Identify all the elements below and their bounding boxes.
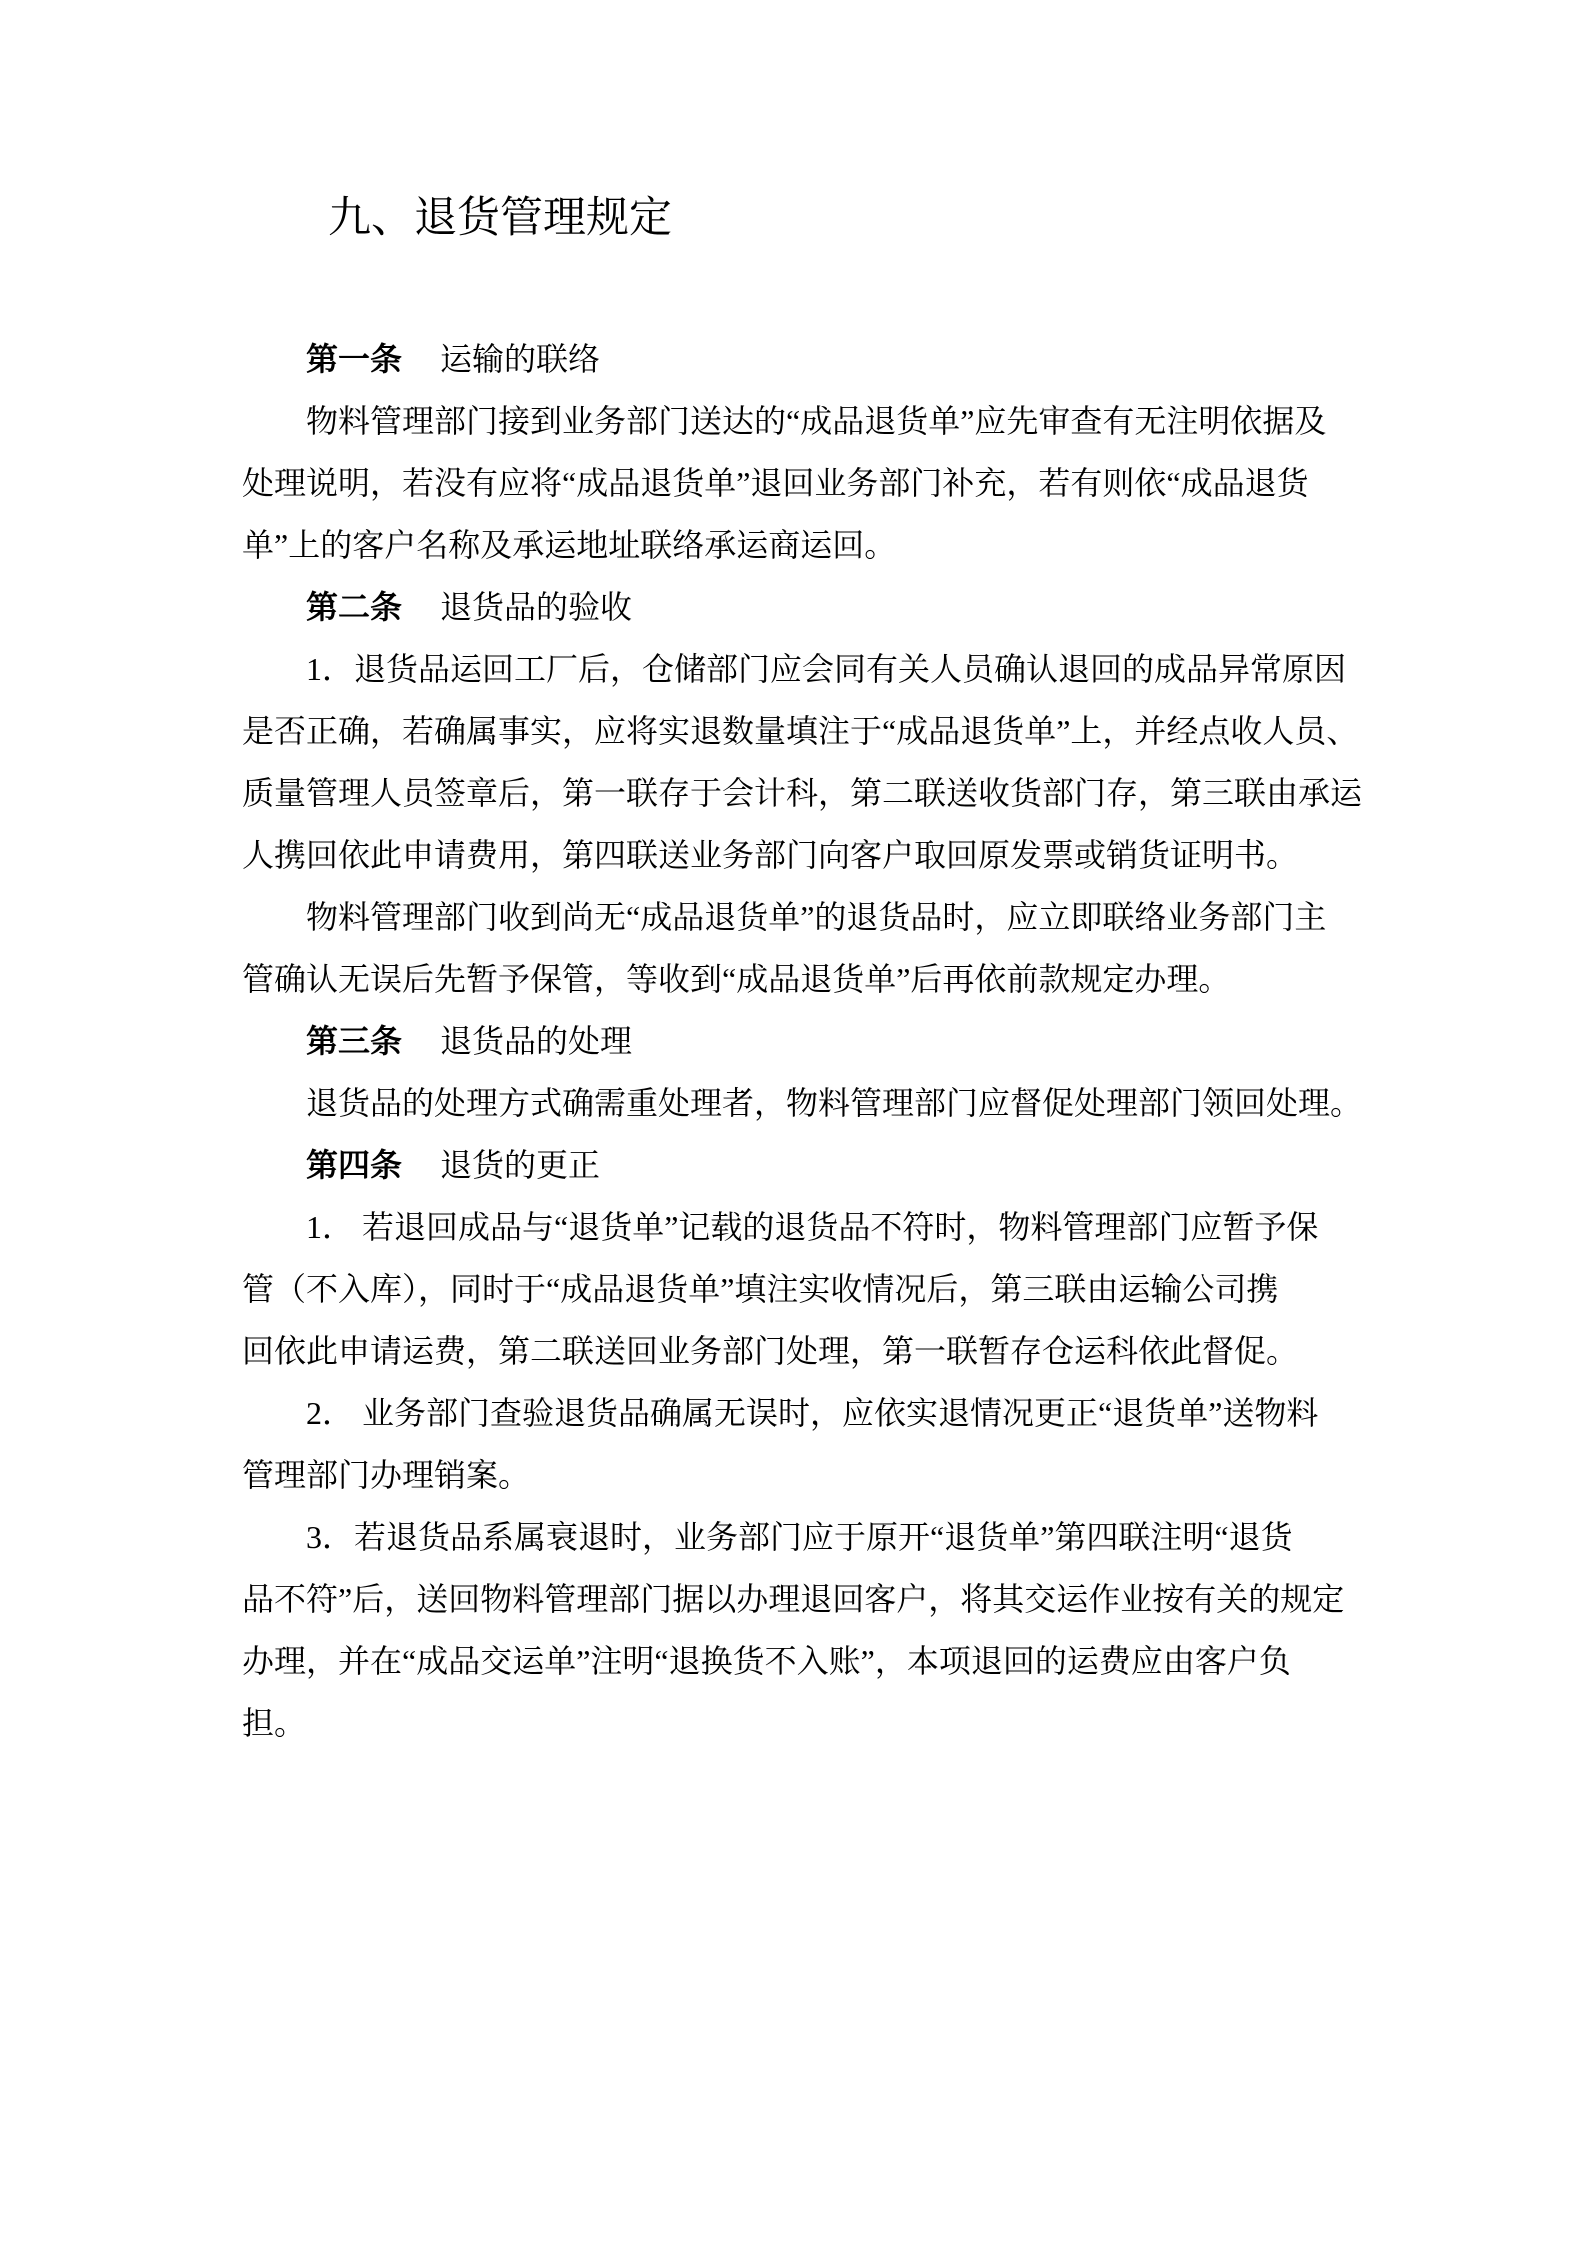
paragraph-line: 品不符”后，送回物料管理部门据以办理退回客户，将其交运作业按有关的规定 — [242, 1568, 1345, 1630]
article-heading: 第二条退货品的验收 — [242, 576, 1345, 638]
article-heading-title: 退货品的处理 — [440, 1023, 632, 1059]
article-heading-label: 第四条 — [306, 1147, 402, 1183]
article-heading-label: 第一条 — [306, 341, 402, 377]
paragraph-line: 管理部门办理销案。 — [242, 1444, 1345, 1506]
paragraph-line: 处理说明，若没有应将“成品退货单”退回业务部门补充，若有则依“成品退货 — [242, 452, 1345, 514]
paragraph-line: 管（不入库），同时于“成品退货单”填注实收情况后，第三联由运输公司携 — [242, 1258, 1345, 1320]
paragraph-line: 1． 若退回成品与“退货单”记载的退货品不符时，物料管理部门应暂予保 — [242, 1196, 1345, 1258]
paragraph-line: 物料管理部门接到业务部门送达的“成品退货单”应先审查有无注明依据及 — [242, 390, 1345, 452]
article-heading: 第四条退货的更正 — [242, 1134, 1345, 1196]
article-heading-label: 第三条 — [306, 1023, 402, 1059]
article-heading-label: 第二条 — [306, 589, 402, 625]
document-title: 九、退货管理规定 — [328, 187, 1345, 251]
paragraph-line: 办理，并在“成品交运单”注明“退换货不入账”，本项退回的运费应由客户负 — [242, 1630, 1345, 1692]
paragraph-line: 是否正确，若确属事实，应将实退数量填注于“成品退货单”上，并经点收人员、 — [242, 700, 1345, 762]
paragraph-line: 质量管理人员签章后，第一联存于会计科，第二联送收货部门存，第三联由承运 — [242, 762, 1345, 824]
document-body: 第一条运输的联络物料管理部门接到业务部门送达的“成品退货单”应先审查有无注明依据… — [242, 328, 1345, 1754]
paragraph-line: 1．退货品运回工厂后，仓储部门应会同有关人员确认退回的成品异常原因 — [242, 638, 1345, 700]
paragraph-line: 单”上的客户名称及承运地址联络承运商运回。 — [242, 514, 1345, 576]
article-heading: 第一条运输的联络 — [242, 328, 1345, 390]
paragraph-line: 回依此申请运费，第二联送回业务部门处理，第一联暂存仓运科依此督促。 — [242, 1320, 1345, 1382]
article-heading-title: 退货的更正 — [440, 1147, 600, 1183]
article-heading-title: 运输的联络 — [440, 341, 600, 377]
paragraph-line: 担。 — [242, 1692, 1345, 1754]
paragraph-line: 2． 业务部门查验退货品确属无误时，应依实退情况更正“退货单”送物料 — [242, 1382, 1345, 1444]
paragraph-line: 人携回依此申请费用，第四联送业务部门向客户取回原发票或销货证明书。 — [242, 824, 1345, 886]
paragraph-line: 物料管理部门收到尚无“成品退货单”的退货品时，应立即联络业务部门主 — [242, 886, 1345, 948]
document-page: 九、退货管理规定 第一条运输的联络物料管理部门接到业务部门送达的“成品退货单”应… — [0, 0, 1587, 2245]
paragraph-line: 管确认无误后先暂予保管，等收到“成品退货单”后再依前款规定办理。 — [242, 948, 1345, 1010]
document-content: 九、退货管理规定 第一条运输的联络物料管理部门接到业务部门送达的“成品退货单”应… — [242, 187, 1345, 1754]
paragraph-line: 退货品的处理方式确需重处理者，物料管理部门应督促处理部门领回处理。 — [242, 1072, 1345, 1134]
article-heading: 第三条退货品的处理 — [242, 1010, 1345, 1072]
paragraph-line: 3．若退货品系属衰退时，业务部门应于原开“退货单”第四联注明“退货 — [242, 1506, 1345, 1568]
article-heading-title: 退货品的验收 — [440, 589, 632, 625]
